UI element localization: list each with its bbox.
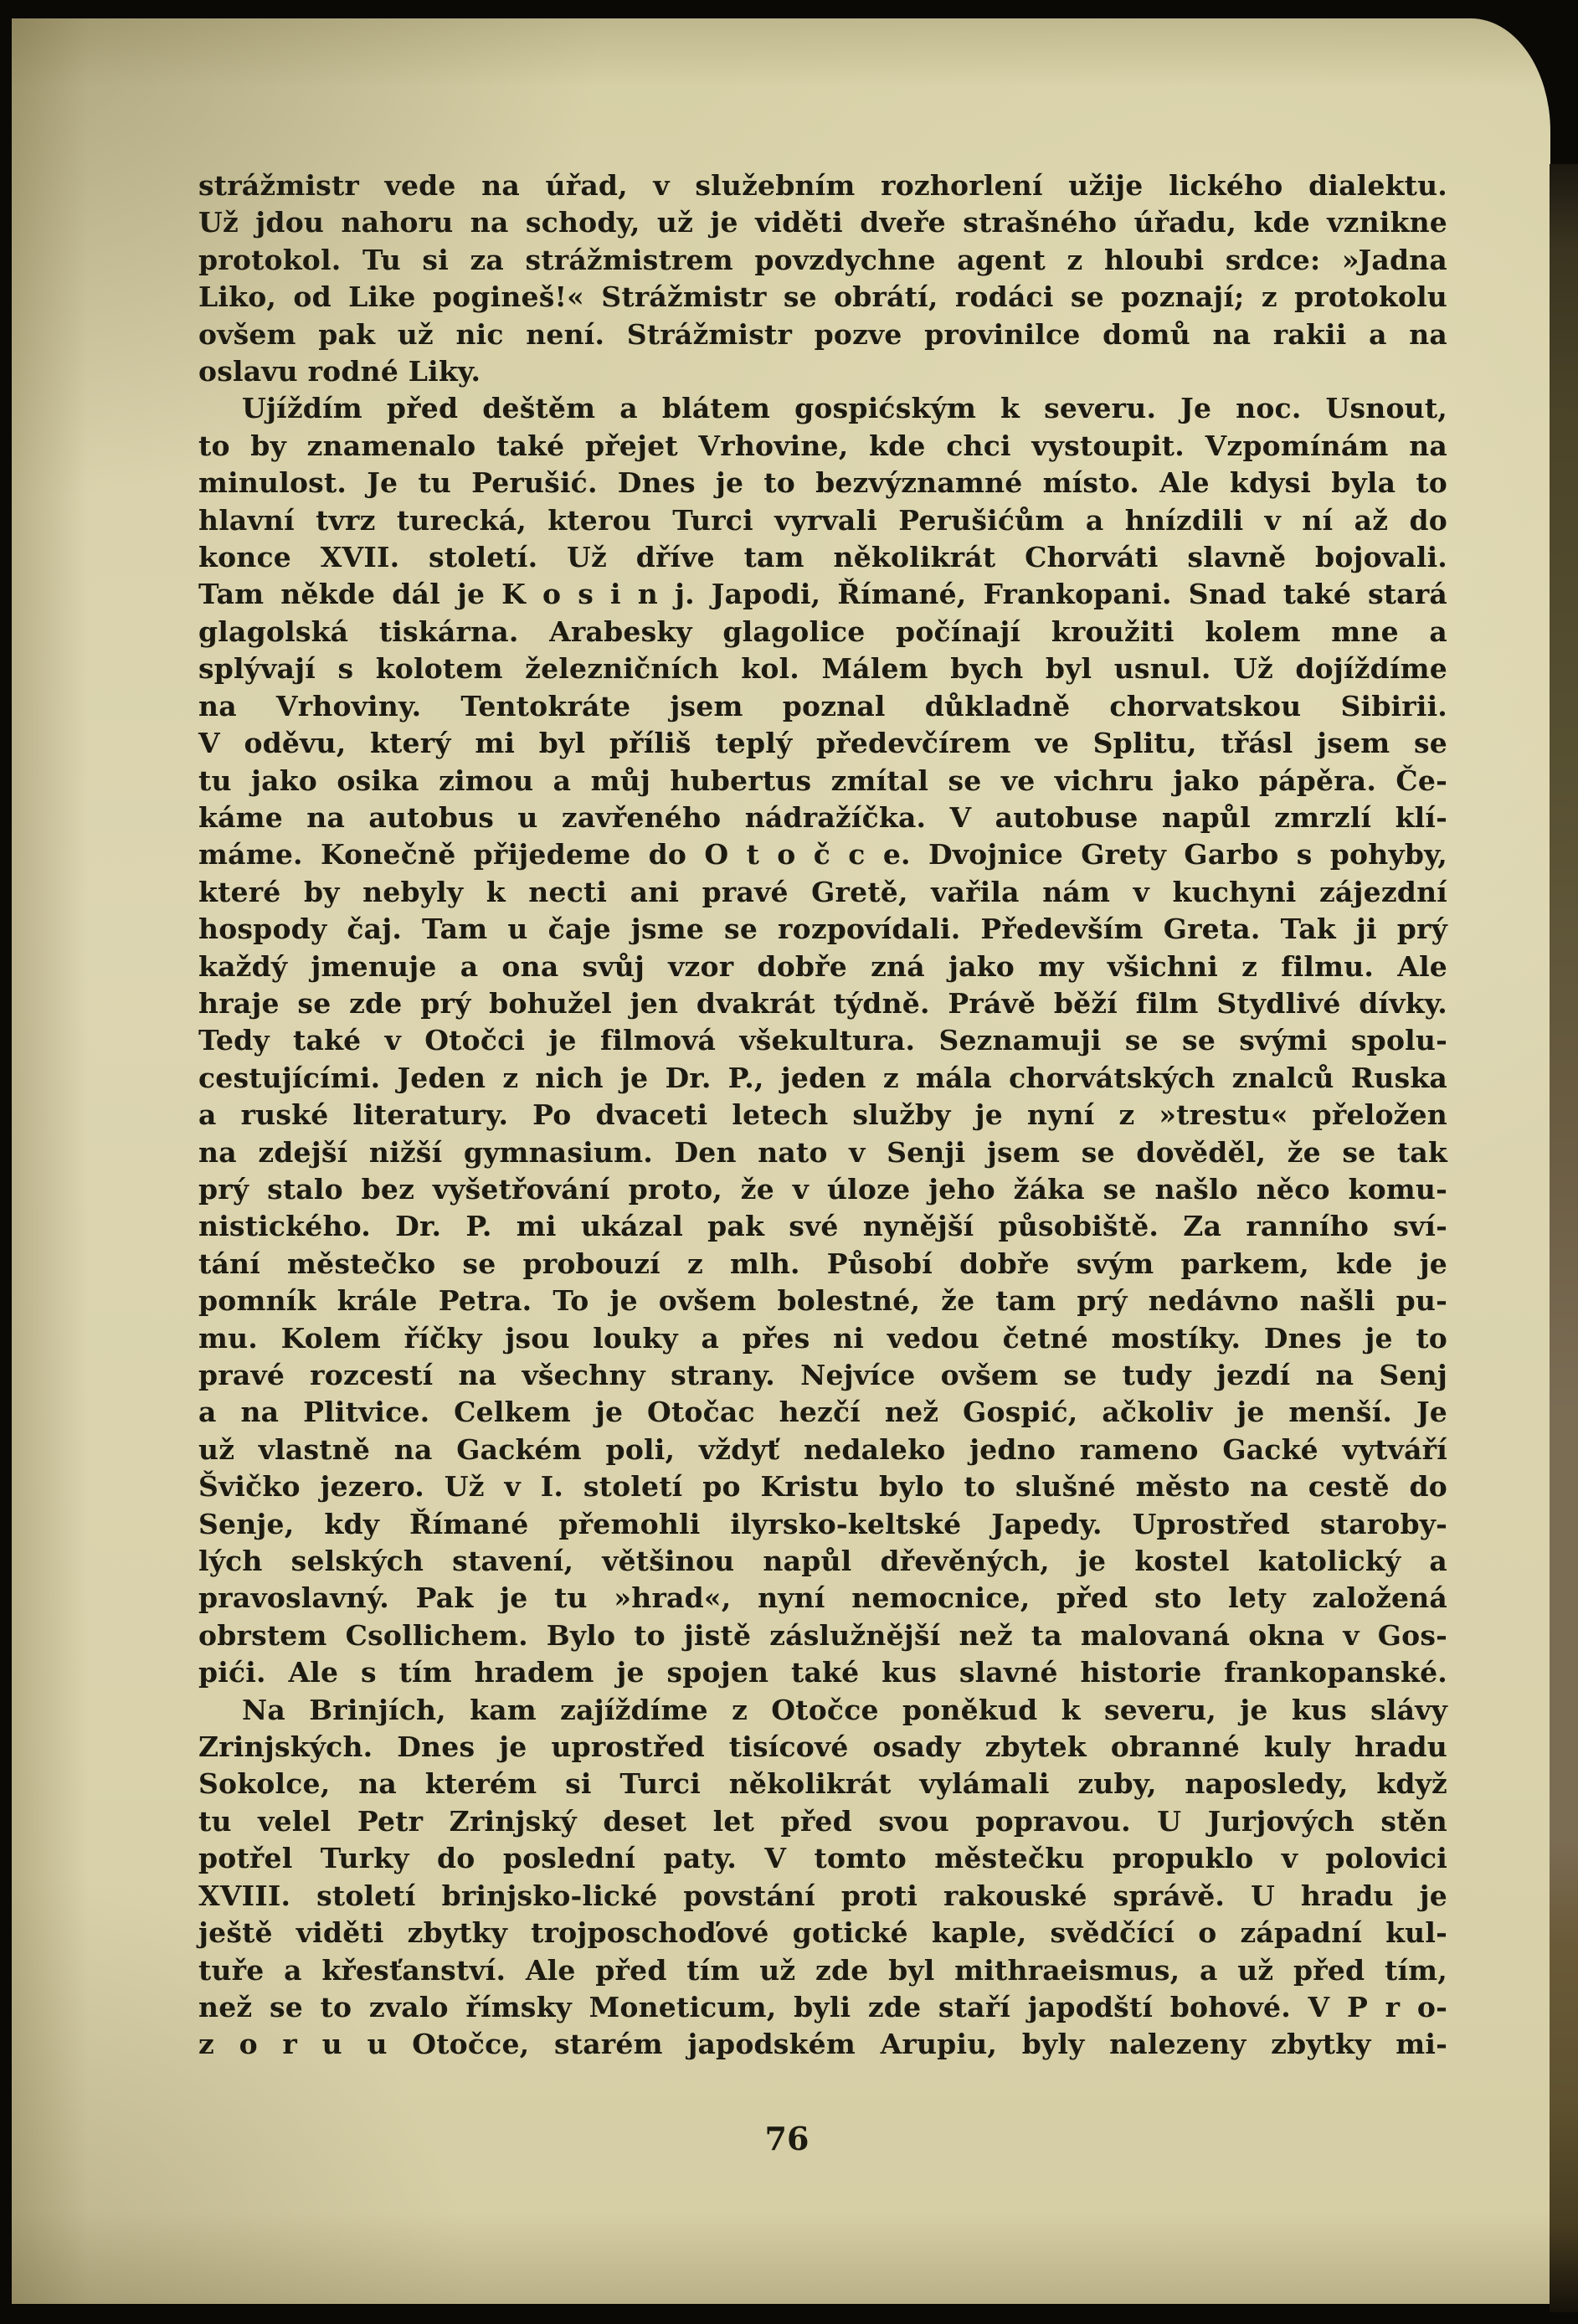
- text-line: to by znamenalo také přejet Vrhovine, kd…: [198, 428, 1447, 465]
- text-line: než se to zvalo římsky Moneticum, byli z…: [198, 1989, 1447, 2026]
- text-line: strážmistr vede na úřad, v služebním roz…: [198, 167, 1447, 204]
- text-line: lých selských stavení, většinou napůl dř…: [198, 1543, 1447, 1580]
- text-line: na Vrhoviny. Tentokráte jsem poznal důkl…: [198, 688, 1447, 725]
- text-line: mu. Kolem říčky jsou louky a přes ni ved…: [198, 1320, 1447, 1357]
- text-line: V oděvu, který mi byl příliš teplý přede…: [198, 725, 1447, 762]
- text-line: Na Brinjích, kam zajíždíme z Otočce poně…: [198, 1692, 1447, 1729]
- text-block: strážmistr vede na úřad, v služebním roz…: [198, 167, 1447, 2064]
- text-line: cestujícími. Jeden z nich je Dr. P., jed…: [198, 1060, 1447, 1097]
- page-number: 76: [720, 2120, 854, 2157]
- text-line: oslavu rodné Liky.: [198, 353, 1447, 390]
- book-binding-edge: [1550, 164, 1578, 2312]
- text-line: a ruské literatury. Po dvaceti letech sl…: [198, 1097, 1447, 1134]
- text-line: potřel Turky do poslední paty. V tomto m…: [198, 1840, 1447, 1877]
- text-line: tu velel Petr Zrinjský deset let před sv…: [198, 1803, 1447, 1840]
- text-line: hospody čaj. Tam u čaje jsme se rozpovíd…: [198, 911, 1447, 948]
- text-line: nistického. Dr. P. mi ukázal pak své nyn…: [198, 1208, 1447, 1245]
- text-line: na zdejší nižší gymnasium. Den nato v Se…: [198, 1134, 1447, 1171]
- text-line: protokol. Tu si za strážmistrem povzdych…: [198, 242, 1447, 279]
- text-line: tuře a křesťanství. Ale před tím už zde …: [198, 1952, 1447, 1989]
- text-line: tu jako osika zimou a můj hubertus zmíta…: [198, 763, 1447, 800]
- text-line: Zrinjských. Dnes je uprostřed tisícové o…: [198, 1729, 1447, 1766]
- text-line: pići. Ale s tím hradem je spojen také ku…: [198, 1654, 1447, 1691]
- text-line: minulost. Je tu Perušić. Dnes je to bezv…: [198, 465, 1447, 501]
- text-line: z o r u u Otočce, starém japodském Arupi…: [198, 2026, 1447, 2063]
- text-line: káme na autobus u zavřeného nádražíčka. …: [198, 800, 1447, 836]
- text-line: pomník krále Petra. To je ovšem bolestné…: [198, 1283, 1447, 1319]
- text-line: které by nebyly k necti ani pravé Gretě,…: [198, 874, 1447, 911]
- text-line: Ujíždím před deštěm a blátem gospićským …: [198, 390, 1447, 427]
- text-line: splývají s kolotem železničních kol. Mál…: [198, 650, 1447, 687]
- text-line: Už jdou nahoru na schody, už je viděti d…: [198, 204, 1447, 241]
- text-line: pravoslavný. Pak je tu »hrad«, nyní nemo…: [198, 1580, 1447, 1617]
- scanned-book-photo: strážmistr vede na úřad, v služebním roz…: [0, 0, 1578, 2324]
- text-line: hlavní tvrz turecká, kterou Turci vyrval…: [198, 502, 1447, 539]
- text-line: konce XVII. století. Už dříve tam několi…: [198, 539, 1447, 576]
- text-line: a na Plitvice. Celkem je Otočac hezčí ne…: [198, 1394, 1447, 1431]
- text-line: Senje, kdy Římané přemohli ilyrsko-kelts…: [198, 1506, 1447, 1543]
- text-line: XVIII. století brinjsko-lické povstání p…: [198, 1878, 1447, 1915]
- text-line: glagolská tiskárna. Arabesky glagolice p…: [198, 614, 1447, 650]
- text-line: obrstem Csollichem. Bylo to jistě zásluž…: [198, 1617, 1447, 1654]
- text-line: Tedy také v Otočci je filmová všekultura…: [198, 1022, 1447, 1059]
- text-line: Tam někde dál je K o s i n j. Japodi, Ří…: [198, 576, 1447, 613]
- text-line: ovšem pak už nic není. Strážmistr pozve …: [198, 316, 1447, 353]
- text-line: máme. Konečně přijedeme do O t o č c e. …: [198, 836, 1447, 873]
- text-line: pravé rozcestí na všechny strany. Nejvíc…: [198, 1357, 1447, 1394]
- text-line: každý jmenuje a ona svůj vzor dobře zná …: [198, 949, 1447, 985]
- text-line: Liko, od Like pogineš!« Strážmistr se ob…: [198, 279, 1447, 316]
- text-line: hraje se zde prý bohužel jen dvakrát týd…: [198, 985, 1447, 1022]
- text-line: ještě viděti zbytky trojposchoďové gotic…: [198, 1915, 1447, 1951]
- text-line: Švičko jezero. Už v I. století po Kristu…: [198, 1468, 1447, 1505]
- text-line: už vlastně na Gackém poli, vždyť nedalek…: [198, 1432, 1447, 1468]
- text-line: tání městečko se probouzí z mlh. Působí …: [198, 1246, 1447, 1283]
- text-line: Sokolce, na kterém si Turci několikrát v…: [198, 1766, 1447, 1802]
- text-line: prý stalo bez vyšetřování proto, že v úl…: [198, 1171, 1447, 1208]
